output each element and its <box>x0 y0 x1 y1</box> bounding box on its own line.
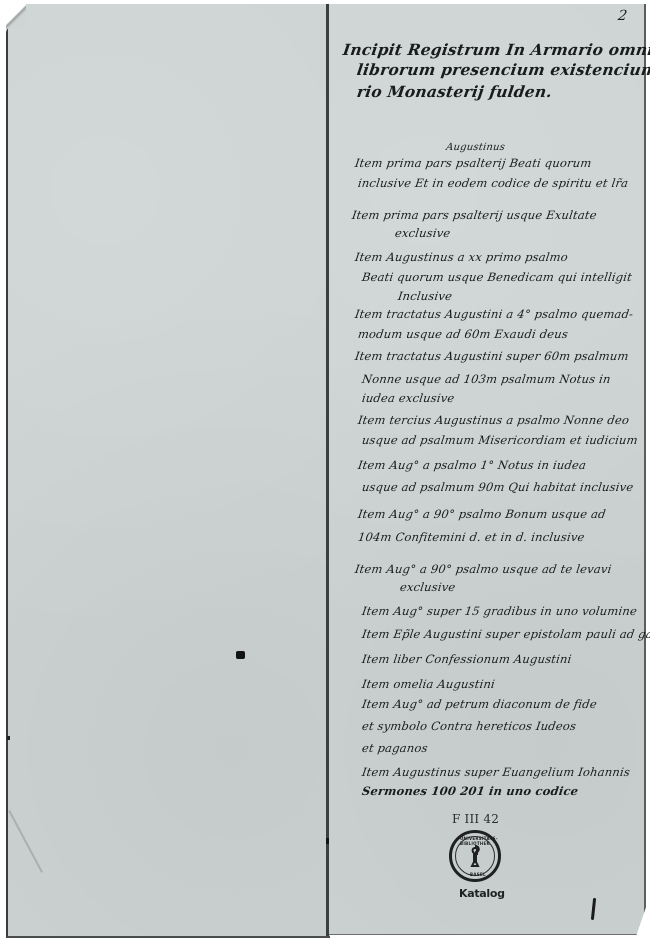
entry-line: Item tractatus Augustini super 60m psalm… <box>354 349 630 363</box>
stamp-top-text: UNIVERSITÄTS-BIBLIOTHEK <box>460 836 498 846</box>
entry-line: exclusive <box>399 580 456 594</box>
entry-line: Item liber Confessionum Augustini <box>361 652 573 666</box>
entry-line: Item Aug° ad petrum diaconum de fide <box>361 697 598 711</box>
interlinear-gloss: Augustinus <box>445 141 506 155</box>
entry-line: Item tractatus Augustini a 4° psalmo que… <box>354 307 634 321</box>
stamp-label: Katalog <box>459 887 505 900</box>
entry-line: Nonne usque ad 103m psalmum Notus in <box>361 372 612 386</box>
entry-line: modum usque ad 60m Exaudi deus <box>357 327 569 341</box>
book-spine <box>326 4 329 936</box>
entry-line: Item tercius Augustinus a psalmo Nonne d… <box>357 413 630 427</box>
heading-line-2: librorum presencium existencium In Arma- <box>356 60 650 80</box>
entry-line: Item prima pars psalterij Beati quorum <box>354 156 593 170</box>
heading-line-3: rio Monasterij fulden. <box>356 82 554 102</box>
ink-blot <box>236 651 245 659</box>
entry-line: Item Aug° a 90° psalmo Bonum usque ad <box>357 507 607 521</box>
entry-line: 104m Confitemini d. et in d. inclusive <box>357 530 586 544</box>
entry-line: usque ad psalmum Misericordiam et iudici… <box>361 433 639 447</box>
entry-line: Item Augustinus super Euangelium Iohanni… <box>361 765 631 779</box>
library-stamp: UNIVERSITÄTS-BIBLIOTHEK BASEL <box>449 830 501 882</box>
manuscript-scan: 2 Incipit Registrum In Armario omnium li… <box>0 0 650 943</box>
entry-line: Item Aug° super 15 gradibus in uno volum… <box>361 604 638 618</box>
entry-line: Item Ep̃le Augustini super epistolam pau… <box>361 627 650 641</box>
heading-line-1: Incipit Registrum In Armario omnium <box>342 40 650 60</box>
shelfmark: F III 42 <box>452 812 499 826</box>
entry-line: Item Augustinus a xx primo psalmo <box>354 250 569 264</box>
entry-line: usque ad psalmum 90m Qui habitat inclusi… <box>361 480 634 494</box>
entry-line: exclusive <box>394 226 451 240</box>
folded-corner <box>6 4 26 29</box>
entry-line: iudea exclusive <box>361 391 455 405</box>
edge-mark <box>7 736 10 740</box>
basel-crozier-icon <box>468 844 482 868</box>
entry-line: Inclusive <box>397 289 453 303</box>
entry-line: Item Aug° a 90° psalmo usque ad te levav… <box>354 562 613 576</box>
entry-line: inclusive Et in eodem codice de spiritu … <box>357 176 629 190</box>
entry-line: Item omelia Augustini <box>361 677 496 691</box>
stamp-bottom-text: BASEL <box>470 872 486 877</box>
entry-line: et symbolo Contra hereticos Iudeos <box>361 719 577 733</box>
entry-line: Sermones 100 201 in uno codice <box>361 784 579 798</box>
entry-line: Beati quorum usque Benedicam qui intelli… <box>361 270 633 284</box>
entry-line: et paganos <box>361 741 429 755</box>
entry-line: Item Aug° a psalmo 1° Notus in iudea <box>357 458 587 472</box>
entry-line: Item prima pars psalterij usque Exultate <box>351 208 598 222</box>
left-page-blank <box>6 4 330 938</box>
